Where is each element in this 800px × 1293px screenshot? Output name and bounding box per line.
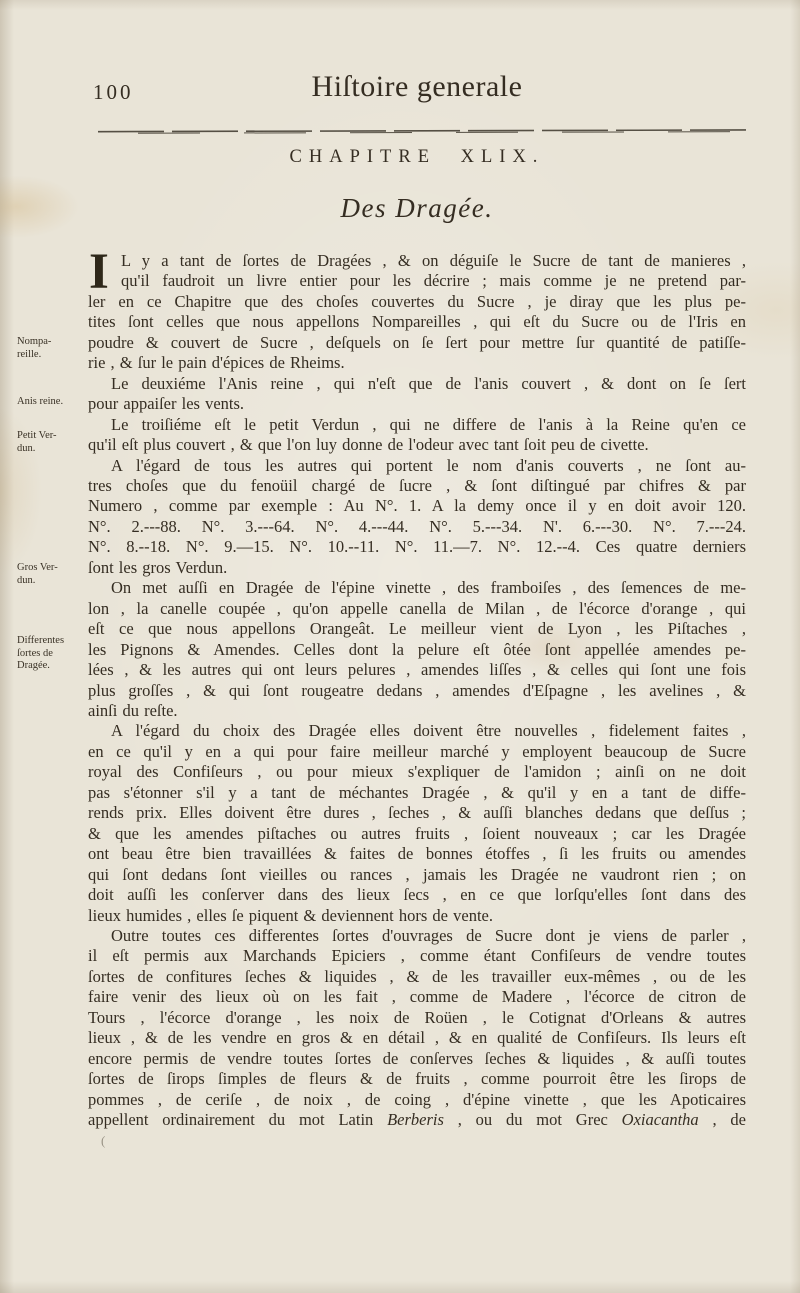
body-line: rie , & ſur le pain d'épices de Rheims. — [88, 353, 746, 373]
body-line: ſortes de ſirops ſimples de fleurs & de … — [88, 1069, 746, 1089]
paragraph-anis-reine: Le deuxiéme l'Anis reine , qui n'eſt que… — [88, 374, 746, 415]
body-line: A l'égard de tous les autres qui portent… — [88, 456, 746, 476]
body-line: ler en ce Chapitre que des choſes couver… — [88, 292, 746, 312]
chapter-heading: CHAPITRE XLIX. — [88, 147, 746, 168]
chapter-title: Des Dragée. — [88, 193, 746, 224]
margin-note-anis-reine: Anis reine. — [17, 396, 87, 409]
body-line: pommes , de ceriſe , de noix , de coing … — [88, 1090, 746, 1110]
body-line: L y a tant de ſortes de Dragées , & on d… — [121, 251, 746, 271]
body-line: lieux , & de les vendre en gros & en dét… — [88, 1028, 746, 1048]
body-line: faire venir des lieux où on les fait , c… — [88, 987, 746, 1007]
paragraph-choix-des-dragees: A l'égard du choix des Dragée elles doiv… — [88, 721, 746, 926]
body-line: qui ſont dedans ſont vieilles ou rances … — [88, 865, 746, 885]
body-line: en ce qu'il y en a qui pour faire meille… — [88, 742, 746, 762]
ink-smudge: ( — [101, 1133, 105, 1149]
body-line: eſt ce que nous appellons Orangeât. Le m… — [88, 619, 746, 639]
body-line: N°. 2.---88. N°. 3.---64. N°. 4.---44. N… — [88, 517, 746, 537]
paragraph-anis-couverts-numeros: A l'égard de tous les autres qui portent… — [88, 456, 746, 579]
header-rule — [98, 129, 746, 137]
body-line: On met auſſi en Dragée de l'épine vinett… — [88, 578, 746, 598]
drop-cap: I — [89, 251, 109, 293]
body-line: pas s'étonner s'il y a tant de méchantes… — [88, 783, 746, 803]
margin-note-gros-verdun: Gros Ver- dun. — [17, 562, 87, 587]
body-line: pour appaiſer les vents. — [88, 394, 746, 414]
body-line: tres choſes que du fenoüil chargé de ſuc… — [88, 476, 746, 496]
body-line: Tours , l'écorce d'orange , les noix de … — [88, 1008, 746, 1028]
paragraph-petit-verdun: Le troiſiéme eſt le petit Verdun , qui n… — [88, 415, 746, 456]
body-line: Outre toutes ces differentes ſortes d'ou… — [88, 926, 746, 946]
body-line: tites ſont celles que nous appellons Nom… — [88, 312, 746, 332]
body-line-segment: , ou du mot Grec — [444, 1110, 622, 1129]
body-line: ſont les gros Verdun. — [88, 558, 746, 578]
body-line: Le deuxiéme l'Anis reine , qui n'eſt que… — [88, 374, 746, 394]
body-line-latin-greek: appellent ordinairement du mot Latin Ber… — [88, 1110, 746, 1130]
running-head: Hiſtoire generale — [88, 70, 746, 104]
body-line: Numero , comme par exemple : Au N°. 1. A… — [88, 496, 746, 516]
body-line: il eſt permis aux Marchands Epiciers , c… — [88, 946, 746, 966]
body-line: royal des Confiſeurs , ou pour mieux s'e… — [88, 762, 746, 782]
body-line: ſortes de confitures ſeches & liquides ,… — [88, 967, 746, 987]
body-line: qu'il faudroit un livre entier pour les … — [121, 271, 746, 291]
body-line: poudre & couvert de Sucre , deſquels on … — [88, 333, 746, 353]
body-line: lieux humides , elles ſe piquent & devie… — [88, 906, 746, 926]
body-line: lon , la canelle coupée , qu'on appelle … — [88, 599, 746, 619]
paragraph-nompareilles: I L y a tant de ſortes de Dragées , & on… — [88, 251, 746, 374]
body-line: lées , & les autres qui ont leurs pelure… — [88, 660, 746, 680]
margin-note-petit-verdun: Petit Ver- dun. — [17, 430, 87, 455]
body-line: & que les amendes piſtaches ou autres fr… — [88, 824, 746, 844]
body-line: doit auſſi les conſerver dans des lieux … — [88, 885, 746, 905]
latin-term: Berberis — [387, 1110, 444, 1129]
body-line-segment: appellent ordinairement du mot Latin — [88, 1110, 387, 1129]
body-line: Le troiſiéme eſt le petit Verdun , qui n… — [88, 415, 746, 435]
body-line: rends prix. Elles doivent être dures , ſ… — [88, 803, 746, 823]
body-text: I L y a tant de ſortes de Dragées , & on… — [88, 251, 746, 1130]
body-line: qu'il eſt plus couvert , & que l'on luy … — [88, 435, 746, 455]
margin-note-differentes-sortes: Differentes ſortes de Dragée. — [17, 635, 87, 673]
body-line: A l'égard du choix des Dragée elles doiv… — [88, 721, 746, 741]
book-page: 100 Hiſtoire generale CHAPITRE XLIX. Des… — [0, 0, 800, 1293]
paragraph-differentes-dragees: On met auſſi en Dragée de l'épine vinett… — [88, 578, 746, 721]
body-line: ont beau être bien travaillées & faites … — [88, 844, 746, 864]
body-line: encore permis de vendre toutes ſortes de… — [88, 1049, 746, 1069]
body-line: N°. 8.--18. N°. 9.—15. N°. 10.--11. N°. … — [88, 537, 746, 557]
body-line-segment: , de — [699, 1110, 746, 1129]
paragraph-marchands-epiciers: Outre toutes ces differentes ſortes d'ou… — [88, 926, 746, 1131]
body-line: ainſi du reſte. — [88, 701, 746, 721]
greek-term: Oxiacantha — [622, 1110, 699, 1129]
margin-note-nompareille: Nompa- reille. — [17, 336, 87, 361]
body-line: les Pignons & Amendes. Celles dont la pe… — [88, 640, 746, 660]
body-line: plus groſſes , & qui ſont rougeatre deda… — [88, 681, 746, 701]
